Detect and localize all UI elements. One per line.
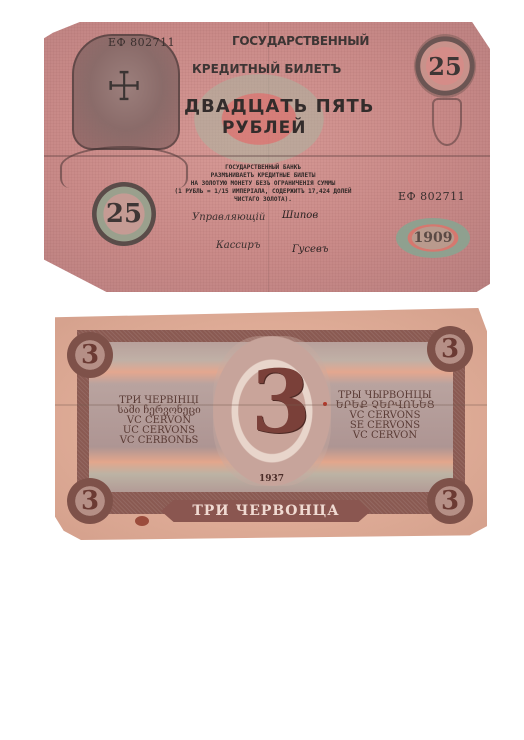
corner-numeral-bottom-right: 3 <box>427 478 473 524</box>
denomination-line-2: РУБЛЕЙ <box>222 118 306 138</box>
numeral-left: 25 <box>106 199 142 229</box>
cashier-signature: Гусевъ <box>292 244 328 255</box>
pendant-ornament <box>432 98 462 146</box>
year: 1937 <box>259 474 284 484</box>
numeral-medallion-left: 25 <box>92 182 156 246</box>
language-line: VC CERVON <box>325 431 445 441</box>
year-oval: 1909 <box>396 218 470 258</box>
year: 1909 <box>414 230 453 246</box>
language-line: VC CERBONЬS <box>99 436 219 446</box>
legal-line: ЧИСТАГО ЗОЛОТА). <box>170 196 356 204</box>
manager-label: Управляющій <box>192 212 265 223</box>
banner-text: ТРИ ЧЕРВОНЦА <box>192 503 339 519</box>
serial-number-top: ЕФ 802711 <box>108 36 175 49</box>
cashier-label: Кассиръ <box>216 240 260 251</box>
banknote-3-chervontsa-1937: 3 3 3 3 3 1937 ТРИ ЧЕРВІНЦІ სამი ჩერვონე… <box>55 308 487 540</box>
legal-text: ГОСУДАРСТВЕННЫЙ БАНКЪ РАЗМѢНИВАЕТЪ КРЕДИ… <box>170 164 356 204</box>
legal-line: ГОСУДАРСТВЕННЫЙ БАНКЪ <box>170 164 356 172</box>
denomination-languages-right: ТРЫ ЧЫРВОНЦЫ ԵՐԵՔ ՉԵՐՎՈՆԵՑ VC CERVONS SE… <box>325 391 445 441</box>
corner-numeral-bottom-left: 3 <box>67 478 113 524</box>
legal-line: НА ЗОЛОТУЮ МОНЕТУ БЕЗЪ ОГРАНИЧЕНІЯ СУММЫ <box>170 180 356 188</box>
numeral-right: 25 <box>428 52 461 81</box>
manager-signature: Шипов <box>282 210 318 221</box>
corner-numeral-top-left: 3 <box>67 332 113 378</box>
center-numeral: 3 <box>251 358 311 448</box>
corner-numeral: 3 <box>81 486 99 516</box>
legal-line: РАЗМѢНИВАЕТЪ КРЕДИТНЫЕ БИЛЕТЫ <box>170 172 356 180</box>
title-line-1: ГОСУДАРСТВЕННЫЙ <box>232 34 369 48</box>
title-line-2: КРЕДИТНЫЙ БИЛЕТЪ <box>192 62 341 76</box>
corner-numeral: 3 <box>81 340 99 370</box>
banknote-25-rubles-1909: ☩ 25 25 ЕФ 802711 ЕФ 802711 ГОСУДАРСТВЕН… <box>44 22 490 292</box>
double-headed-eagle-icon: ☩ <box>102 60 146 114</box>
stain <box>135 516 149 526</box>
fold-line <box>55 404 487 406</box>
serial-number-right: ЕФ 802711 <box>398 190 465 203</box>
corner-numeral: 3 <box>441 334 459 364</box>
corner-numeral: 3 <box>441 486 459 516</box>
numeral-medallion-right: 25 <box>414 34 476 98</box>
denomination-banner: ТРИ ЧЕРВОНЦА <box>161 500 371 522</box>
legal-line: (1 РУБЛЬ = 1/15 ИМПЕРІАЛА, СОДЕРЖИТЪ 17,… <box>170 188 356 196</box>
fold-line <box>44 155 490 157</box>
denomination-line-1: ДВАДЦАТЬ ПЯТЬ <box>184 96 375 117</box>
corner-numeral-top-right: 3 <box>427 326 473 372</box>
